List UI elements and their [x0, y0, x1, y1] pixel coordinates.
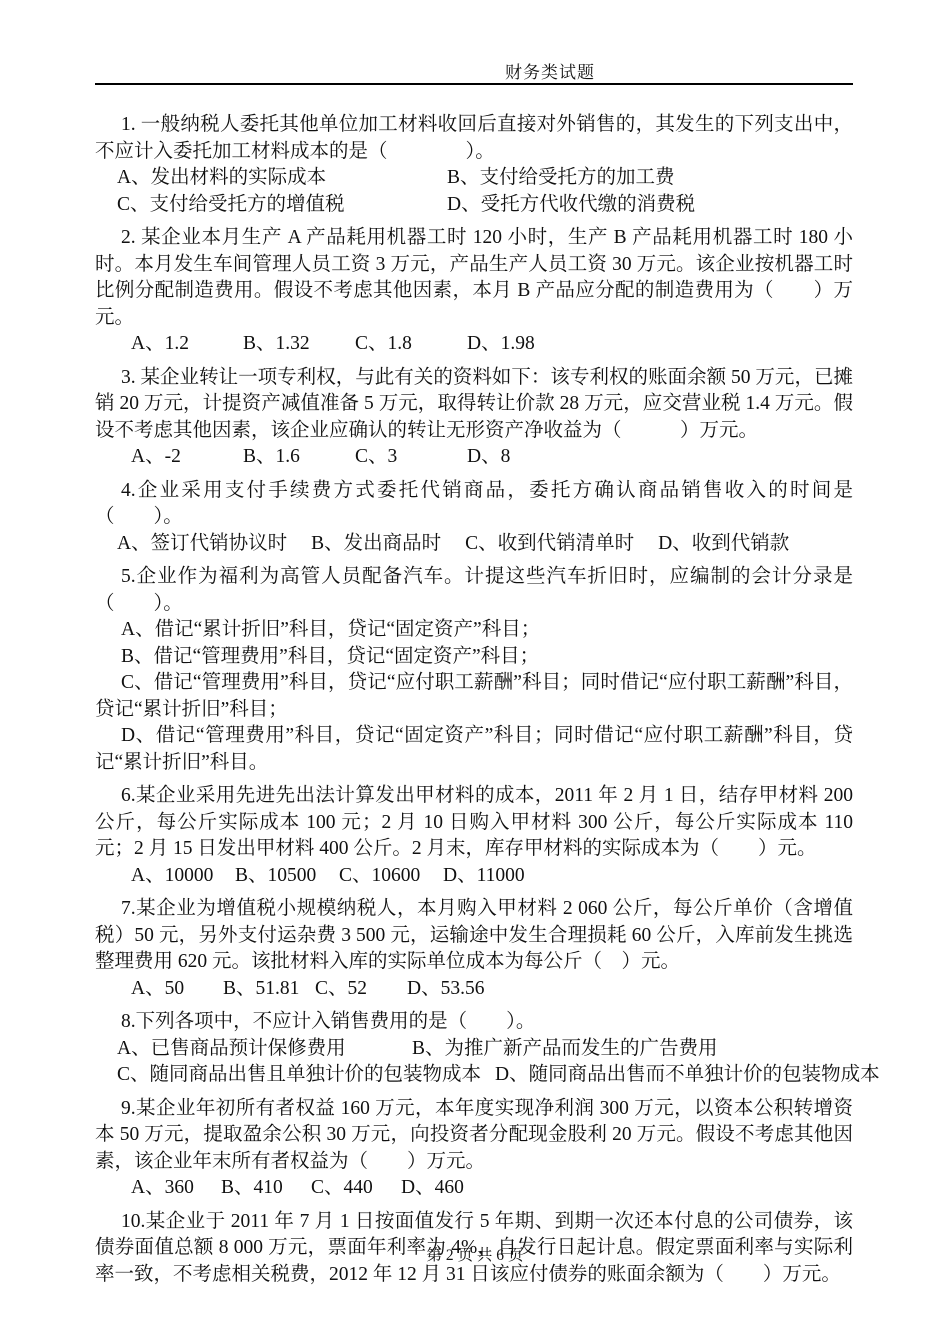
option-a: A、发出材料的实际成本: [117, 165, 447, 192]
question-1: 1. 一般纳税人委托其他单位加工材料收回后直接对外销售的，其发生的下列支出中，不…: [95, 112, 853, 218]
option-c: C、收到代销清单时: [465, 531, 634, 558]
question-4-stem: 4.企业采用支付手续费方式委托代销商品，委托方确认商品销售收入的时间是（ ）。: [95, 478, 853, 531]
option-b: B、51.81: [223, 976, 315, 1003]
question-7: 7.某企业为增值税小规模纳税人，本月购入甲材料 2 060 公斤，每公斤单价（含…: [95, 896, 853, 1002]
question-6-options: A、10000B、10500C、10600D、11000: [95, 863, 853, 890]
question-6: 6.某企业采用先进先出法计算发出甲材料的成本，2011 年 2 月 1 日，结存…: [95, 783, 853, 889]
option-d: D、借记“管理费用”科目，贷记“固定资产”科目；同时借记“应付职工薪酬”科目，贷…: [95, 723, 853, 776]
option-c: C、52: [315, 976, 407, 1003]
question-8-stem: 8.下列各项中，不应计入销售费用的是（ ）。: [95, 1009, 853, 1036]
option-d: D、11000: [443, 863, 525, 890]
option-d: D、8: [467, 444, 510, 471]
option-a: A、签订代销协议时: [117, 531, 287, 558]
option-a: A、360: [131, 1175, 221, 1202]
option-c: C、支付给受托方的增值税: [117, 192, 447, 219]
option-c: C、10600: [339, 863, 443, 890]
header-rule: [95, 83, 853, 85]
option-b: B、支付给受托方的加工费: [447, 165, 675, 192]
question-3: 3. 某企业转让一项专利权，与此有关的资料如下：该专利权的账面余额 50 万元，…: [95, 365, 853, 471]
option-b: B、借记“管理费用”科目，贷记“固定资产”科目；: [95, 644, 853, 671]
question-8-options-row-1: A、已售商品预计保修费用B、为推广新产品而发生的广告费用: [95, 1036, 853, 1063]
question-3-stem: 3. 某企业转让一项专利权，与此有关的资料如下：该专利权的账面余额 50 万元，…: [95, 365, 853, 445]
question-9: 9.某企业年初所有者权益 160 万元，本年度实现净利润 300 万元，以资本公…: [95, 1096, 853, 1202]
question-1-options-row-1: A、发出材料的实际成本B、支付给受托方的加工费: [95, 165, 853, 192]
question-3-options: A、-2B、1.6C、3D、8: [95, 444, 853, 471]
question-2-stem: 2. 某企业本月生产 A 产品耗用机器工时 120 小时，生产 B 产品耗用机器…: [95, 225, 853, 331]
question-6-stem: 6.某企业采用先进先出法计算发出甲材料的成本，2011 年 2 月 1 日，结存…: [95, 783, 853, 863]
question-7-options: A、50B、51.81C、52D、53.56: [95, 976, 853, 1003]
option-c: C、3: [355, 444, 467, 471]
question-2: 2. 某企业本月生产 A 产品耗用机器工时 120 小时，生产 B 产品耗用机器…: [95, 225, 853, 358]
question-1-options-row-2: C、支付给受托方的增值税D、受托方代收代缴的消费税: [95, 192, 853, 219]
option-b: B、发出商品时: [311, 531, 441, 558]
option-b: B、410: [221, 1175, 311, 1202]
option-b: B、1.6: [243, 444, 355, 471]
option-c: C、440: [311, 1175, 401, 1202]
question-5-stem: 5.企业作为福利为高管人员配备汽车。计提这些汽车折旧时，应编制的会计分录是（ ）…: [95, 564, 853, 617]
page-number-footer: 第 2 页 共 6 页: [0, 1243, 950, 1265]
option-d: D、460: [401, 1175, 464, 1202]
question-2-options: A、1.2B、1.32C、1.8D、1.98: [95, 331, 853, 358]
option-c: C、1.8: [355, 331, 467, 358]
option-a: A、已售商品预计保修费用: [117, 1036, 412, 1063]
question-8-options-row-2: C、随同商品出售且单独计价的包装物成本D、随同商品出售而不单独计价的包装物成本: [95, 1062, 853, 1089]
question-4-options: A、签订代销协议时B、发出商品时C、收到代销清单时D、收到代销款: [95, 531, 853, 558]
exam-body: 1. 一般纳税人委托其他单位加工材料收回后直接对外销售的，其发生的下列支出中，不…: [95, 112, 853, 1295]
question-8: 8.下列各项中，不应计入销售费用的是（ ）。 A、已售商品预计保修费用B、为推广…: [95, 1009, 853, 1089]
option-d: D、53.56: [407, 976, 484, 1003]
question-9-options: A、360B、410C、440D、460: [95, 1175, 853, 1202]
question-4: 4.企业采用支付手续费方式委托代销商品，委托方确认商品销售收入的时间是（ ）。 …: [95, 478, 853, 558]
option-a: A、借记“累计折旧”科目，贷记“固定资产”科目；: [95, 617, 853, 644]
question-1-stem: 1. 一般纳税人委托其他单位加工材料收回后直接对外销售的，其发生的下列支出中，不…: [95, 112, 853, 165]
option-d: D、随同商品出售而不单独计价的包装物成本: [495, 1062, 880, 1089]
option-a: A、1.2: [131, 331, 243, 358]
option-a: A、-2: [131, 444, 243, 471]
question-5: 5.企业作为福利为高管人员配备汽车。计提这些汽车折旧时，应编制的会计分录是（ ）…: [95, 564, 853, 776]
question-9-stem: 9.某企业年初所有者权益 160 万元，本年度实现净利润 300 万元，以资本公…: [95, 1096, 853, 1176]
option-c: C、随同商品出售且单独计价的包装物成本: [117, 1062, 481, 1089]
option-b: B、1.32: [243, 331, 355, 358]
option-b: B、为推广新产品而发生的广告费用: [412, 1036, 718, 1063]
option-c: C、借记“管理费用”科目，贷记“应付职工薪酬”科目；同时借记“应付职工薪酬”科目…: [95, 670, 853, 723]
option-d: D、受托方代收代缴的消费税: [447, 192, 695, 219]
option-a: A、10000: [131, 863, 235, 890]
question-7-stem: 7.某企业为增值税小规模纳税人，本月购入甲材料 2 060 公斤，每公斤单价（含…: [95, 896, 853, 976]
option-d: D、收到代销款: [658, 531, 789, 558]
page-header-title: 财务类试题: [505, 58, 595, 83]
option-a: A、50: [131, 976, 223, 1003]
option-b: B、10500: [235, 863, 339, 890]
option-d: D、1.98: [467, 331, 535, 358]
